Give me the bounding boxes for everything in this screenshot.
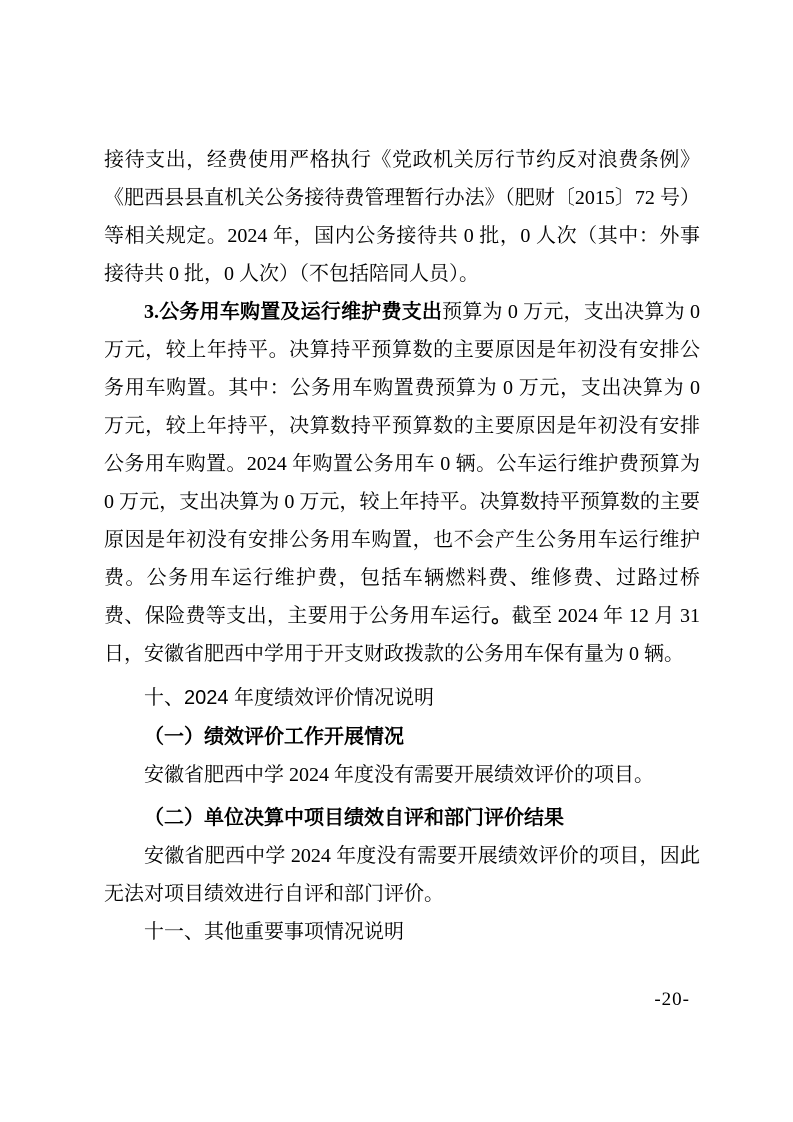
section-10-sub-2-heading: （二）单位决算中项目绩效自评和部门评价结果 — [104, 799, 700, 837]
reception-expense-paragraph: 接待支出，经费使用严格执行《党政机关厉行节约反对浪费条例》《肥西县县直机关公务接… — [104, 141, 700, 293]
section-10-heading: 十、2024 年度绩效评价情况说明 — [104, 679, 700, 717]
vehicle-expense-paragraph: 3.公务用车购置及运行维护费支出预算为 0 万元，支出决算为 0 万元，较上年持… — [104, 293, 700, 673]
document-body: 接待支出，经费使用严格执行《党政机关厉行节约反对浪费条例》《肥西县县直机关公务接… — [104, 141, 700, 951]
page-number: -20- — [654, 989, 690, 1011]
document-page: 接待支出，经费使用严格执行《党政机关厉行节约反对浪费条例》《肥西县县直机关公务接… — [0, 0, 793, 1122]
section-10-sub-1-body: 安徽省肥西中学 2024 年度没有需要开展绩效评价的项目。 — [104, 756, 700, 794]
section-11-heading: 十一、其他重要事项情况说明 — [104, 913, 700, 951]
vehicle-expense-lead: 3.公务用车购置及运行维护费支出 — [144, 301, 442, 323]
section-10-sub-2-body: 安徽省肥西中学 2024 年度没有需要开展绩效评价的项目，因此无法对项目绩效进行… — [104, 837, 700, 913]
section-10-sub-1-heading: （一）绩效评价工作开展情况 — [104, 718, 700, 756]
vehicle-expense-bold-period: 。 — [491, 605, 511, 627]
vehicle-expense-body: 预算为 0 万元，支出决算为 0 万元，较上年持平。决算持平预算数的主要原因是年… — [104, 301, 700, 627]
